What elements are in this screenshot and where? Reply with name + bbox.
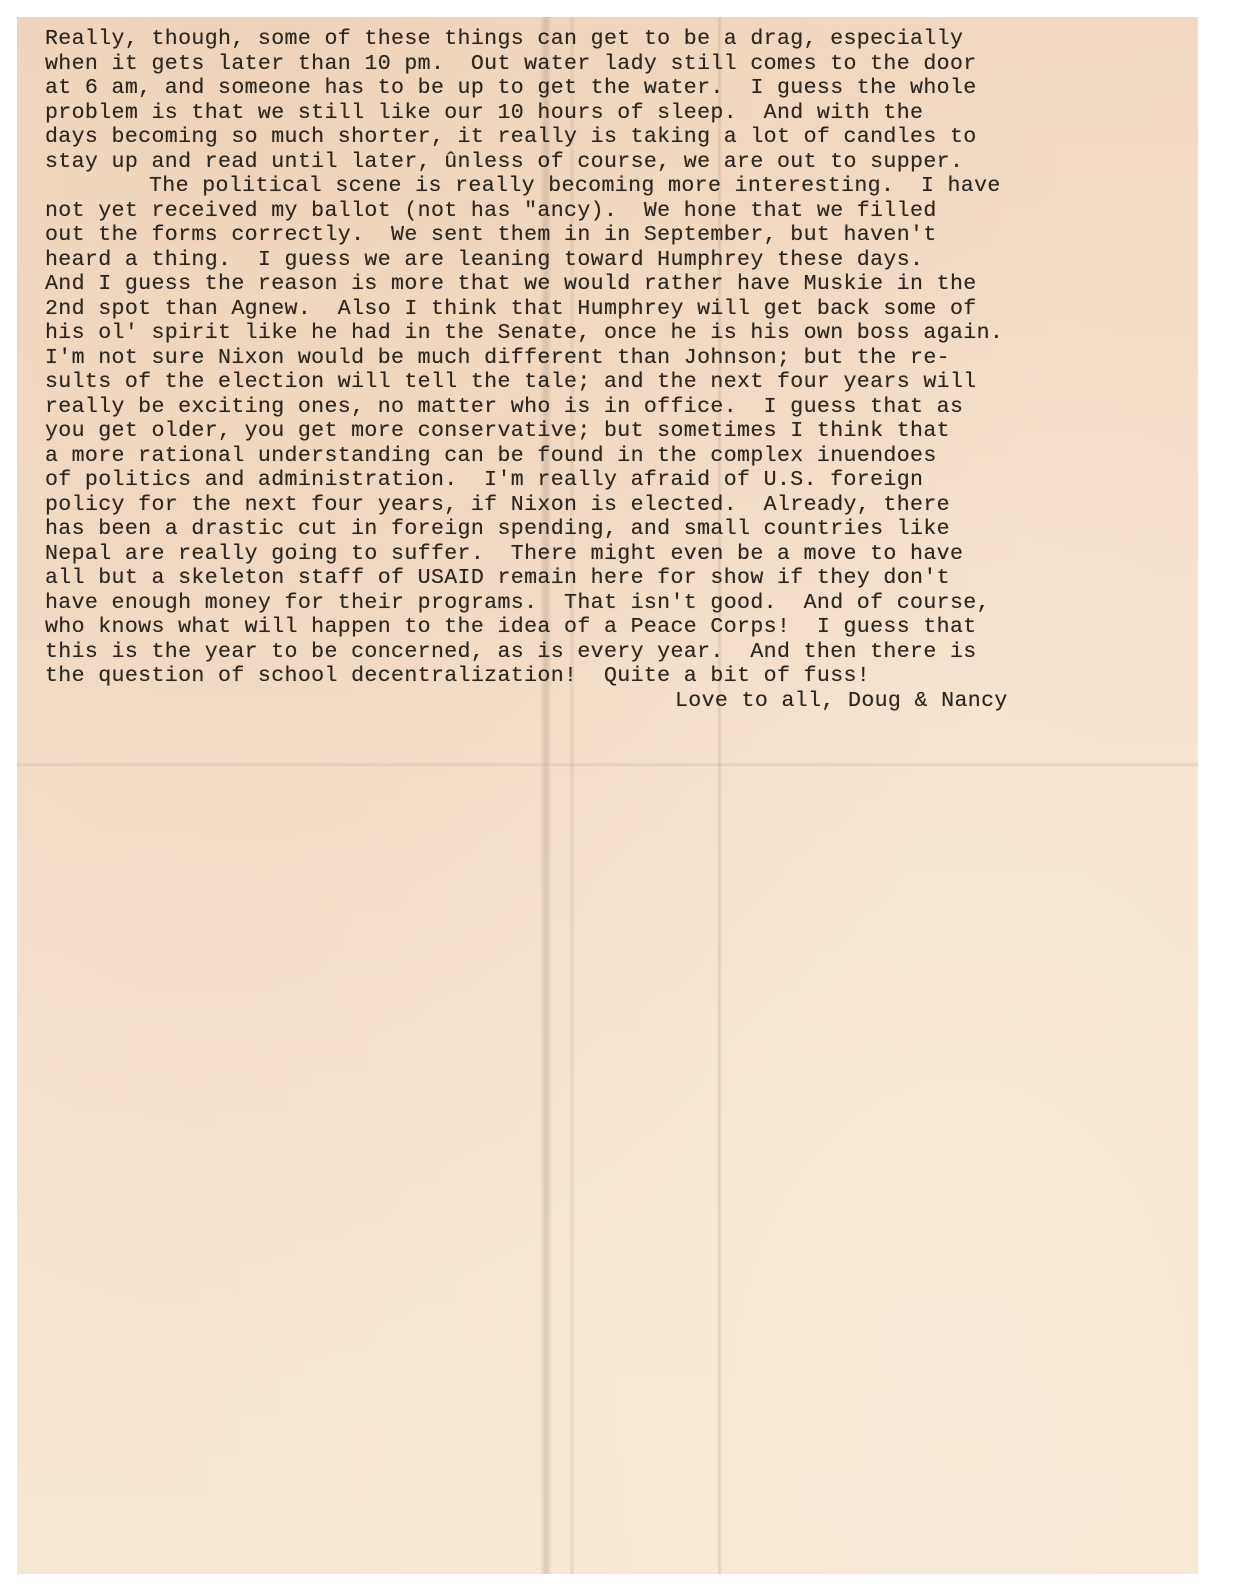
text-line: heard a thing. I guess we are leaning to… xyxy=(45,248,1165,273)
text-line: his ol' spirit like he had in the Senate… xyxy=(45,321,1165,346)
text-line: a more rational understanding can be fou… xyxy=(45,444,1165,469)
text-line: at 6 am, and someone has to be up to get… xyxy=(45,76,1165,101)
text-line: all but a skeleton staff of USAID remain… xyxy=(45,566,1165,591)
text-line: And I guess the reason is more that we w… xyxy=(45,272,1165,297)
text-line: I'm not sure Nixon would be much differe… xyxy=(45,346,1165,371)
text-line: really be exciting ones, no matter who i… xyxy=(45,395,1165,420)
text-line: when it gets later than 10 pm. Out water… xyxy=(45,52,1165,77)
text-line: days becoming so much shorter, it really… xyxy=(45,125,1165,150)
paragraph-1: Really, though, some of these things can… xyxy=(45,27,1165,174)
text-line: has been a drastic cut in foreign spendi… xyxy=(45,517,1165,542)
text-line: Nepal are really going to suffer. There … xyxy=(45,542,1165,567)
text-line: stay up and read until later, ûnless of … xyxy=(45,150,1165,175)
text-line: problem is that we still like our 10 hou… xyxy=(45,101,1165,126)
text-line: the question of school decentralization!… xyxy=(45,664,1165,689)
text-line: who knows what will happen to the idea o… xyxy=(45,615,1165,640)
text-line: you get older, you get more conservative… xyxy=(45,419,1165,444)
text-line: have enough money for their programs. Th… xyxy=(45,591,1165,616)
fold-crease-horizontal xyxy=(17,762,1198,768)
signoff: Love to all, Doug & Nancy xyxy=(45,689,1165,714)
text-line: this is the year to be concerned, as is … xyxy=(45,640,1165,665)
text-line: policy for the next four years, if Nixon… xyxy=(45,493,1165,518)
text-line: Really, though, some of these things can… xyxy=(45,27,1165,52)
text-line: sults of the election will tell the tale… xyxy=(45,370,1165,395)
text-line: 2nd spot than Agnew. Also I think that H… xyxy=(45,297,1165,322)
text-line: out the forms correctly. We sent them in… xyxy=(45,223,1165,248)
text-line: of politics and administration. I'm real… xyxy=(45,468,1165,493)
typed-letter-body: Really, though, some of these things can… xyxy=(45,27,1165,713)
letter-page: Really, though, some of these things can… xyxy=(17,17,1198,1574)
text-line: not yet received my ballot (not has "anc… xyxy=(45,199,1165,224)
paragraph-2: The political scene is really becoming m… xyxy=(45,174,1165,689)
text-line: The political scene is really becoming m… xyxy=(45,174,1165,199)
